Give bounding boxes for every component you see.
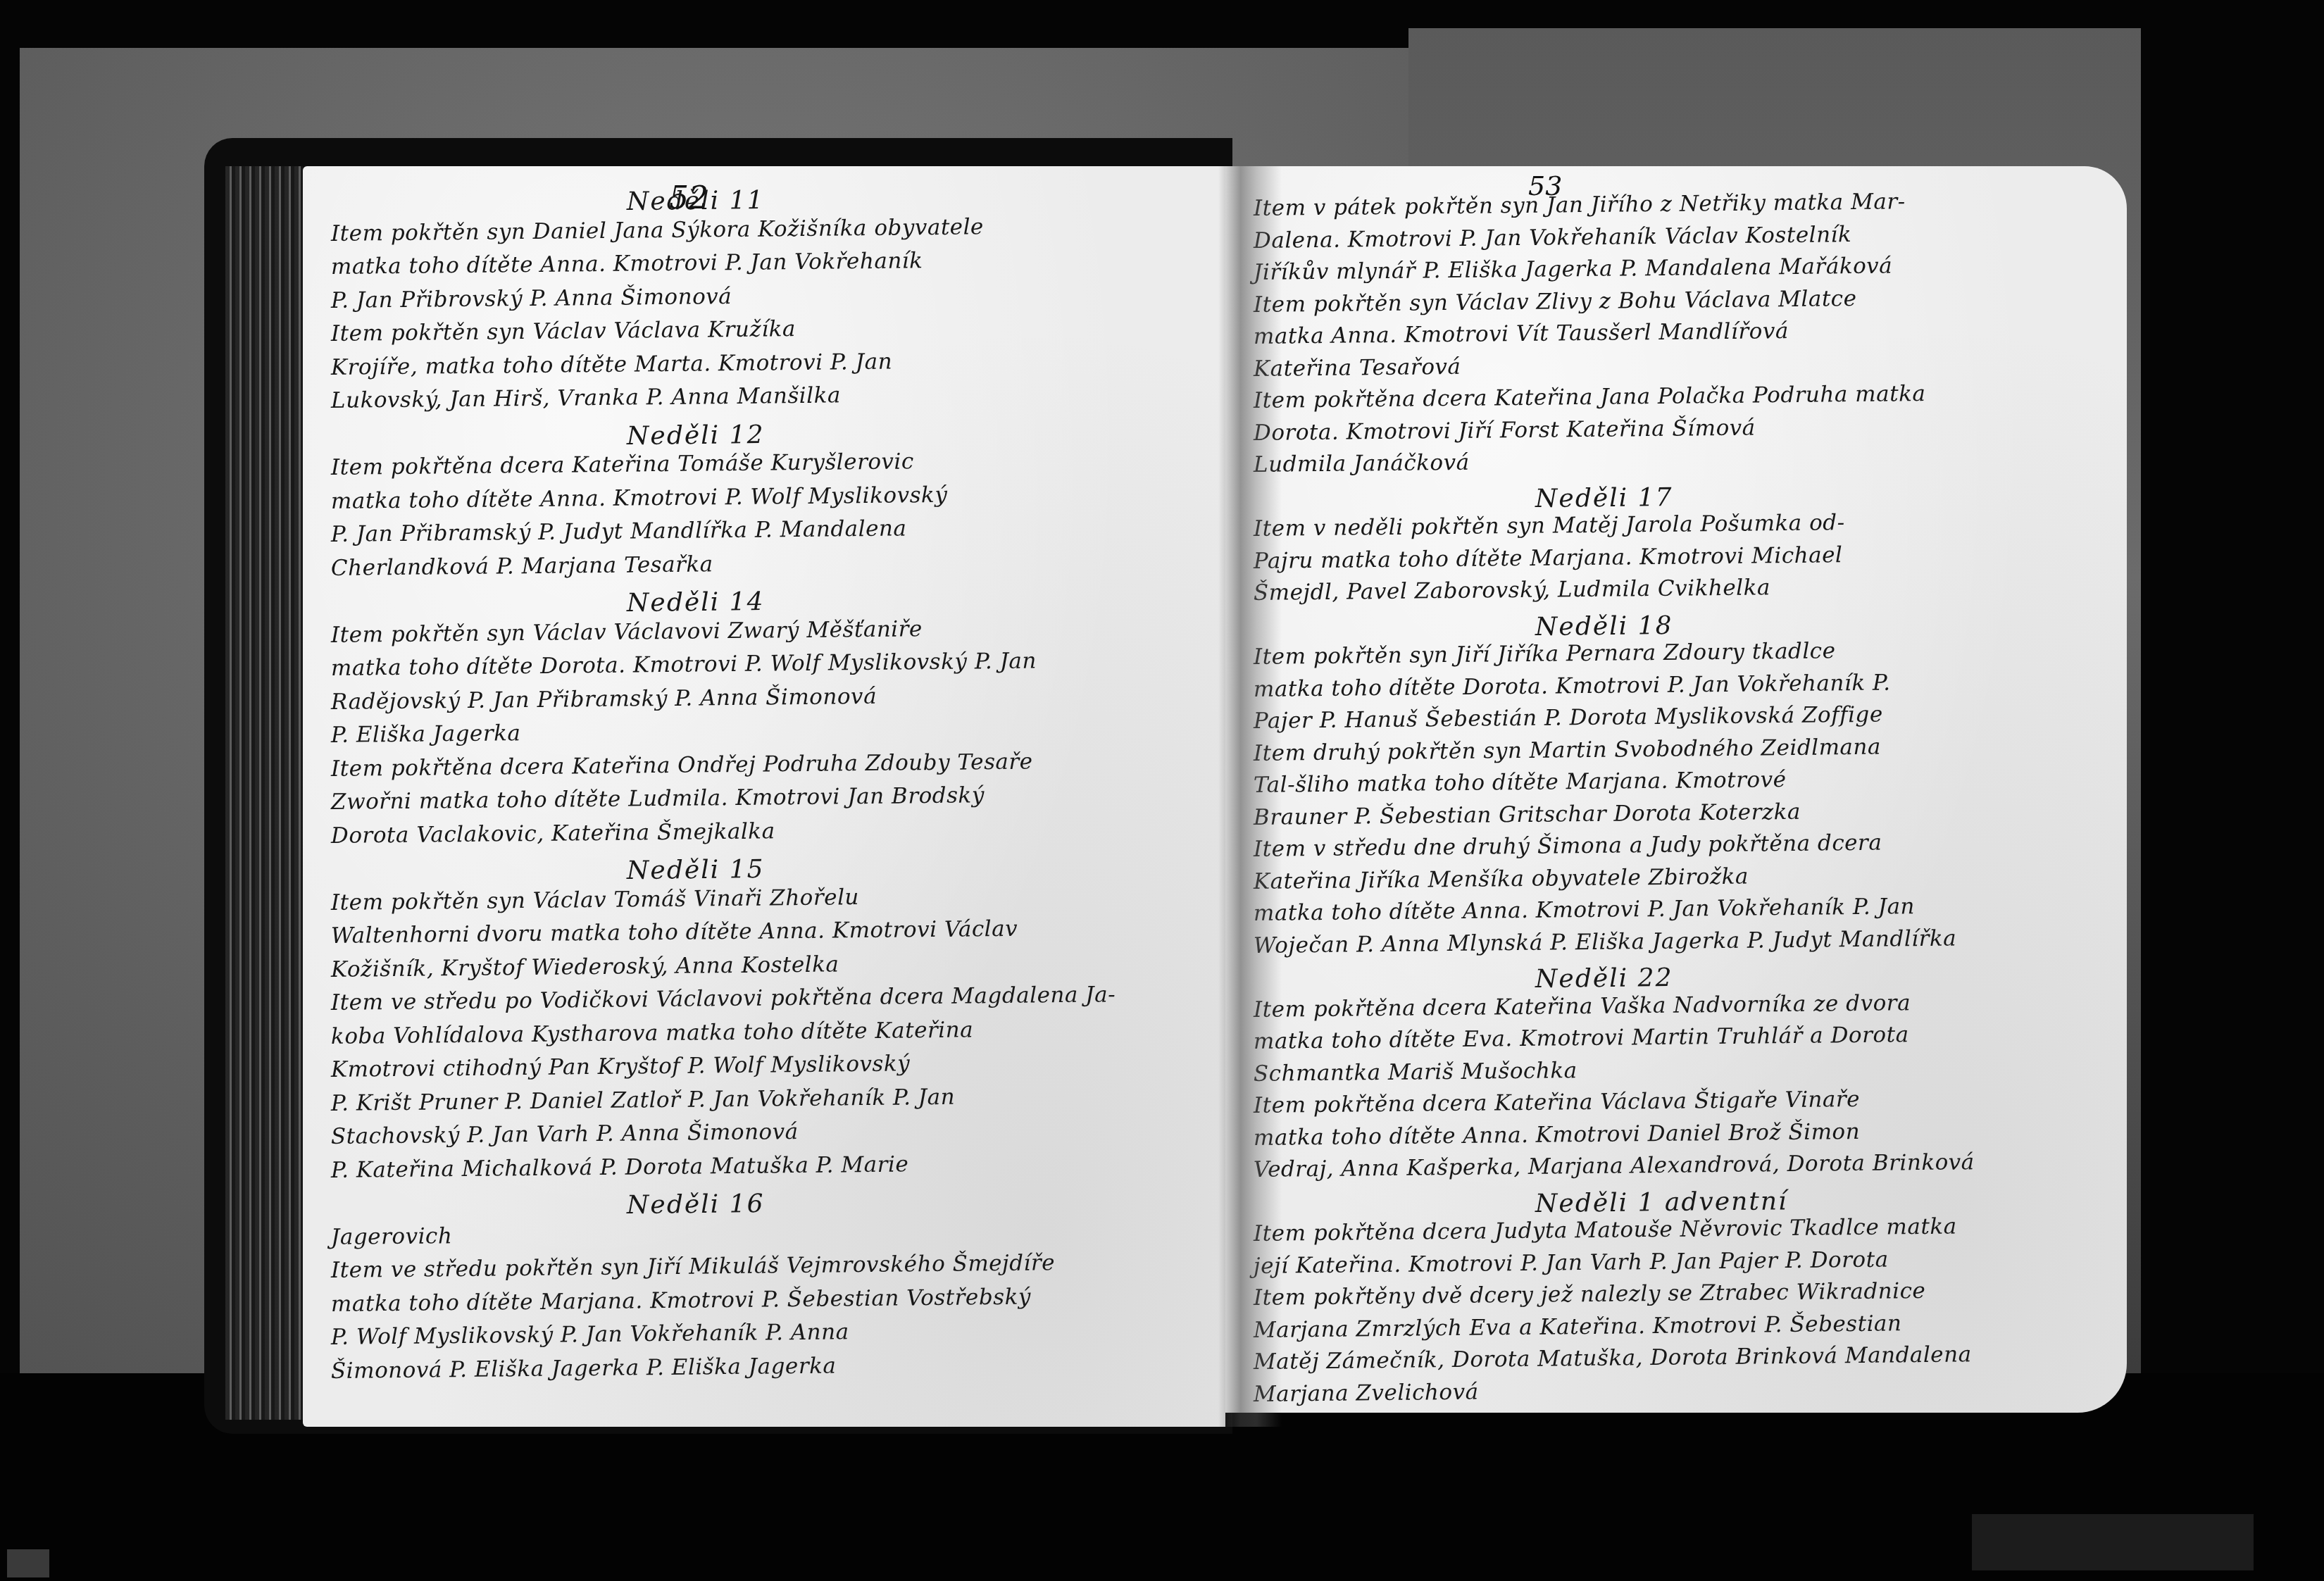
register-entry-line: Item pokřtěn syn Václav Tomáš Vinaři Zho… [331, 885, 859, 916]
register-entry-line: Item ve středu po Vodičkovi Václavovi po… [331, 982, 1116, 1016]
register-entry-line: Item v středu dne druhý Šimona a Judy po… [1254, 830, 1882, 862]
register-entry-line: Item druhý pokřtěn syn Martin Svobodného… [1254, 734, 1881, 765]
register-entry-line: koba Vohlídalova Kystharova matka toho d… [331, 1017, 973, 1049]
register-entry-line: Dorota. Kmotrovi Jiří Forst Kateřina Ším… [1254, 415, 1756, 445]
register-entry-line: matka toho dítěte Anna. Kmotrovi P. Jan … [1254, 894, 1915, 926]
register-entry-line: Šimonová P. Eliška Jagerka P. Eliška Jag… [331, 1353, 837, 1384]
page-edges [225, 166, 303, 1420]
register-entry-line: Šmejdl, Pavel Zaborovský, Ludmila Cvikhe… [1254, 575, 1770, 606]
register-entry-line: matka toho dítěte Anna. Kmotrovi P. Jan … [331, 248, 923, 280]
register-entry-line: P. Jan Přibramský P. Judyt Mandlířka P. … [331, 515, 907, 547]
register-entry-line: Item v pátek pokřtěn syn Jan Jiřího z Ne… [1254, 189, 1906, 221]
register-entry-line: Krojíře, matka toho dítěte Marta. Kmotro… [331, 349, 892, 380]
register-entry-line: P. Krišt Pruner P. Daniel Zatloř P. Jan … [331, 1084, 956, 1116]
sunday-heading: Neděli 12 [627, 420, 765, 450]
register-entry-line: Cherlandková P. Marjana Tesařka [331, 551, 713, 581]
register-entry-line: Tal-šliho matka toho dítěte Marjana. Kmo… [1254, 767, 1787, 798]
register-entry-line: Pajer P. Hanuš Šebestián P. Dorota Mysli… [1254, 702, 1883, 734]
scale-strip-right [1972, 1514, 2254, 1570]
register-entry-line: Matěj Zámečník, Dorota Matuška, Dorota B… [1254, 1342, 1972, 1375]
register-entry-line: matka toho dítěte Marjana. Kmotrovi P. Š… [331, 1284, 1031, 1316]
register-entry-line: Dorota Vaclakovic, Kateřina Šmejkalka [331, 818, 775, 849]
register-entry-line: její Kateřina. Kmotrovi P. Jan Varh P. J… [1254, 1246, 1889, 1278]
register-entry-line: Item pokřtěna dcera Judyta Matouše Něvro… [1254, 1214, 1957, 1246]
register-entry-line: Marjana Zvelichová [1254, 1379, 1479, 1406]
register-entry-line: Lukovský, Jan Hirš, Vranka P. Anna Manši… [331, 382, 841, 413]
register-entry-line: Kožišník, Kryštof Wiederoský, Anna Koste… [331, 951, 839, 982]
register-entry-line: matka toho dítěte Dorota. Kmotrovi P. Wo… [331, 649, 1037, 681]
sunday-heading: Neděli 14 [627, 587, 765, 618]
sunday-heading: Neděli 16 [627, 1189, 765, 1220]
sunday-heading: Neděli 1 adventní [1535, 1187, 1788, 1218]
register-entry-line: Item pokřtěna dcera Kateřina Jana Polačk… [1254, 381, 1926, 413]
register-entry-line: Item pokřtěna dcera Kateřina Ondřej Podr… [331, 749, 1033, 781]
register-entry-line: Ludmila Janáčková [1254, 450, 1470, 477]
register-entry-line: matka toho dítěte Anna. Kmotrovi Daniel … [1254, 1118, 1861, 1150]
register-entry-line: Kmotrovi ctihodný Pan Kryštof P. Wolf My… [331, 1051, 911, 1082]
register-entry-line: P. Eliška Jagerka [331, 720, 521, 748]
sunday-heading: Neděli 15 [627, 855, 765, 885]
register-entry-line: Vedraj, Anna Kašperka, Marjana Alexandro… [1254, 1149, 1975, 1182]
register-entry-line: matka toho dítěte Eva. Kmotrovi Martin T… [1254, 1022, 1909, 1054]
register-entry-line: Kateřina Tesařová [1254, 354, 1461, 381]
register-entry-line: Pajru matka toho dítěte Marjana. Kmotrov… [1254, 542, 1843, 574]
left-page: 52 Neděli 11Item pokřtěn syn Daniel Jana… [303, 166, 1225, 1427]
right-page: 53 Item v pátek pokřtěn syn Jan Jiřího z… [1225, 166, 2127, 1413]
sunday-heading: Neděli 17 [1535, 482, 1673, 513]
sunday-heading: Neděli 22 [1535, 963, 1673, 994]
register-entry-line: Marjana Zmrzlých Eva a Kateřina. Kmotrov… [1254, 1311, 1902, 1343]
register-entry-line: Item pokřtěna dcera Kateřina Tomáše Kury… [331, 449, 914, 480]
register-entry-line: Item v neděli pokřtěn syn Matěj Jarola P… [1254, 510, 1845, 542]
register-entry-line: Radějovský P. Jan Přibramský P. Anna Šim… [331, 683, 877, 714]
register-entry-line: Item pokřtěn syn Václav Václavovi Zwarý … [331, 616, 923, 648]
register-entry-line: Dalena. Kmotrovi P. Jan Vokřehaník Václa… [1254, 222, 1852, 254]
register-entry-line: Item pokřtěn syn Václav Václava Kružíka [331, 316, 796, 346]
register-entry-line: P. Wolf Myslikovský P. Jan Vokřehaník P.… [331, 1319, 849, 1350]
register-entry-line: Schmantka Mariš Mušochka [1254, 1058, 1578, 1087]
register-entry-line: Jiříkův mlynář P. Eliška Jagerka P. Mand… [1254, 254, 1893, 285]
open-register-book: 52 Neděli 11Item pokřtěn syn Daniel Jana… [204, 138, 1944, 1434]
register-entry-line: Waltenhorni dvoru matka toho dítěte Anna… [331, 916, 1018, 949]
register-entry-line: P. Jan Přibrovský P. Anna Šimonová [331, 284, 732, 313]
book-gutter [1218, 166, 1282, 1427]
register-entry-line: Item pokřtěn syn Daniel Jana Sýkora Koži… [331, 214, 984, 246]
register-entry-line: Jagerovich [331, 1223, 453, 1250]
register-entry-line: Zwořni matka toho dítěte Ludmila. Kmotro… [331, 782, 985, 815]
register-entry-line: P. Kateřina Michalková P. Dorota Matuška… [331, 1151, 909, 1183]
register-entry-line: Stachovský P. Jan Varh P. Anna Šimonová [331, 1119, 799, 1149]
sunday-heading: Neděli 11 [627, 186, 765, 216]
sunday-heading: Neděli 18 [1535, 611, 1673, 641]
register-entry-line: Kateřina Jiříka Menšíka obyvatele Zbirož… [1254, 863, 1749, 894]
register-entry-line: matka Anna. Kmotrovi Vít Tausšerl Mandlí… [1254, 318, 1789, 349]
register-entry-line: Item ve středu pokřtěn syn Jiří Mikuláš … [331, 1250, 1055, 1283]
scale-strip-left [7, 1549, 49, 1577]
register-entry-line: Item pokřtěny dvě dcery jež nalezly se Z… [1254, 1278, 1926, 1311]
register-entry-line: Item pokřtěna dcera Kateřina Václava Šti… [1254, 1087, 1860, 1118]
register-entry-line: Brauner P. Šebestian Gritschar Dorota Ko… [1254, 799, 1801, 830]
register-entry-line: matka toho dítěte Anna. Kmotrovi P. Wolf… [331, 482, 948, 513]
register-entry-line: Item pokřtěn syn Jiří Jiříka Pernara Zdo… [1254, 638, 1836, 670]
register-entry-line: Woječan P. Anna Mlynská P. Eliška Jagerk… [1254, 925, 1957, 958]
register-entry-line: Item pokřtěna dcera Kateřina Vaška Nadvo… [1254, 990, 1911, 1023]
register-entry-line: matka toho dítěte Dorota. Kmotrovi P. Ja… [1254, 670, 1891, 701]
register-entry-line: Item pokřtěn syn Václav Zlivy z Bohu Vác… [1254, 286, 1857, 318]
